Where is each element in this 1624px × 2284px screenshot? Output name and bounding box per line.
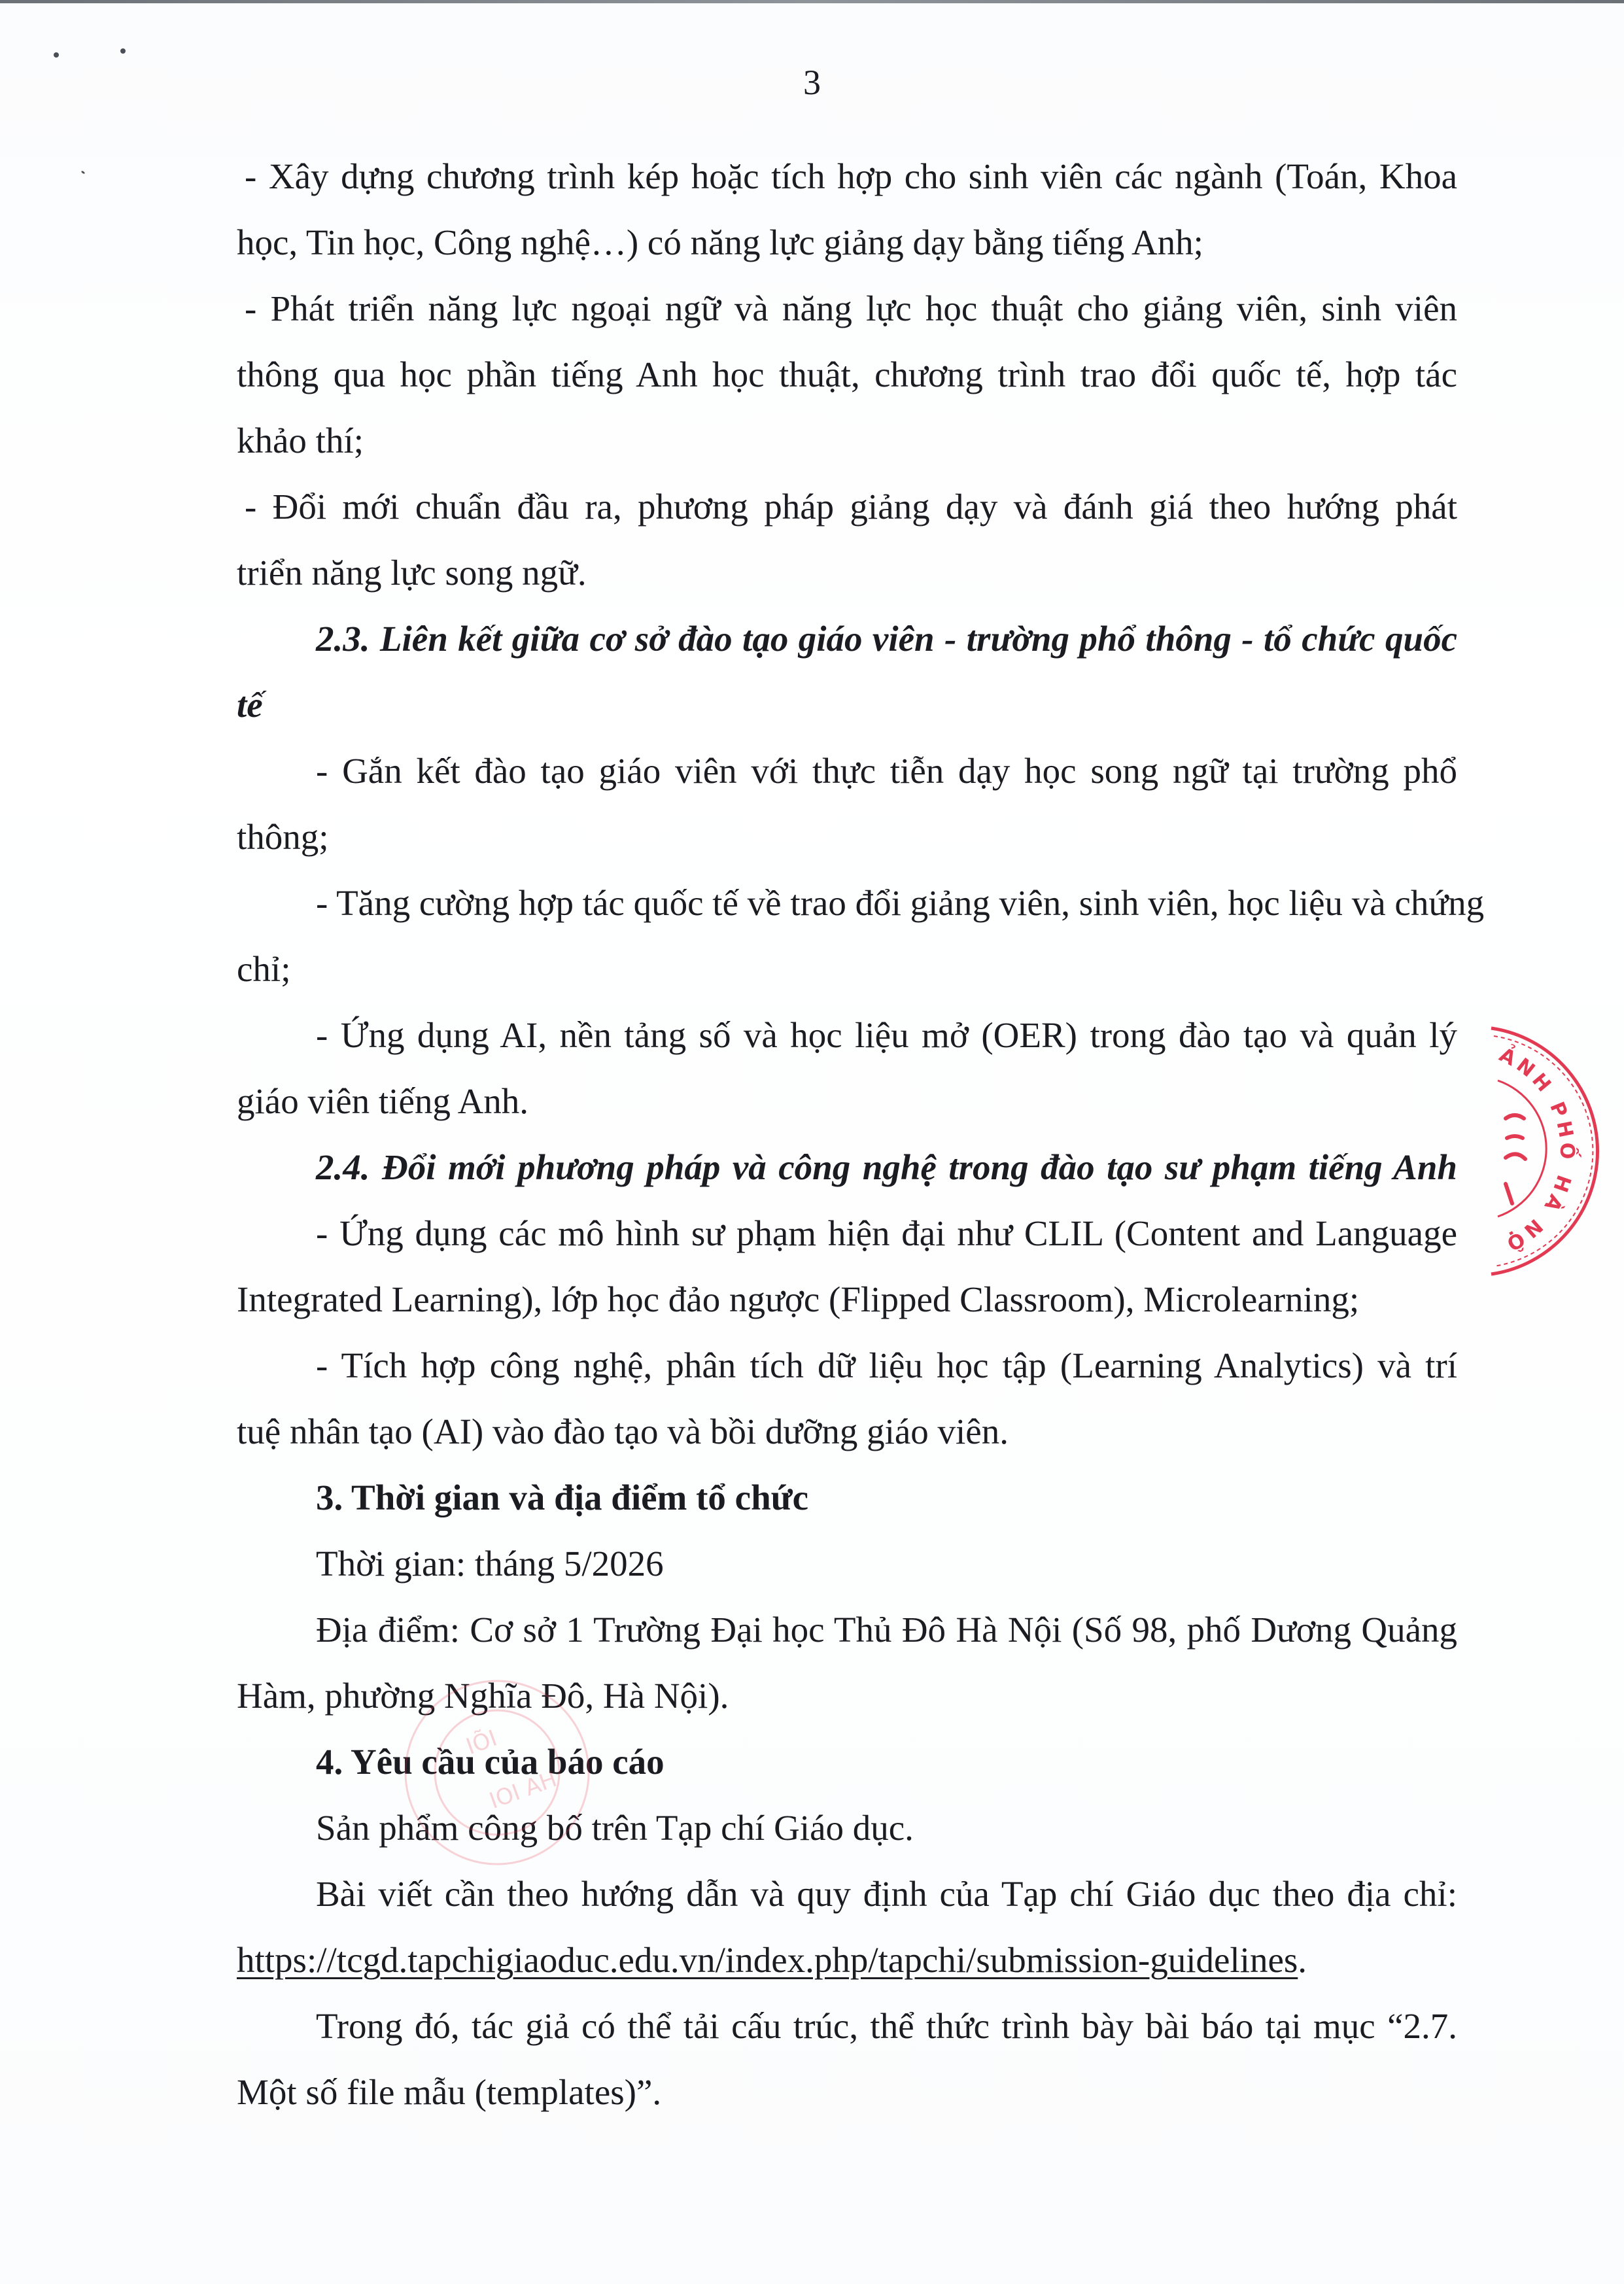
paragraph-line: tuệ nhân tạo (AI) vào đào tạo và bồi dưỡ… — [237, 1407, 1457, 1473]
paragraph-line: Sản phẩm công bố trên Tạp chí Giáo dục. — [237, 1803, 1457, 1869]
paragraph-line: Địa điểm: Cơ sở 1 Trường Đại học Thủ Đô … — [237, 1605, 1457, 1671]
paragraph-line: - Gắn kết đào tạo giáo viên với thực tiễ… — [237, 746, 1457, 812]
paragraph-line: Integrated Learning), lớp học đảo ngược … — [237, 1275, 1457, 1341]
paragraph-line: https://tcgd.tapchigiaoduc.edu.vn/index.… — [237, 1935, 1457, 2001]
scan-speck — [81, 171, 86, 175]
section-heading: 2.4. Đổi mới phương pháp và công nghệ tr… — [237, 1143, 1457, 1209]
paragraph-line: triển năng lực song ngữ. — [237, 548, 1457, 614]
section-heading: 4. Yêu cầu của báo cáo — [237, 1737, 1457, 1803]
paragraph-line: giáo viên tiếng Anh. — [237, 1077, 1457, 1143]
section-heading: 2.3. Liên kết giữa cơ sở đào tạo giáo vi… — [237, 614, 1457, 680]
scan-speck — [120, 48, 126, 54]
paragraph-line: - Tăng cường hợp tác quốc tế về trao đổi… — [237, 878, 1457, 944]
paragraph-line: Thời gian: tháng 5/2026 — [237, 1539, 1457, 1605]
submission-guidelines-link[interactable]: https://tcgd.tapchigiaoduc.edu.vn/index.… — [237, 1940, 1298, 1980]
paragraph-line: - Tích hợp công nghệ, phân tích dữ liệu … — [237, 1341, 1457, 1407]
paragraph-line: - Ứng dụng AI, nền tảng số và học liệu m… — [237, 1011, 1457, 1077]
document-page: 3 - Xây dựng chương trình kép hoặc tích … — [0, 0, 1624, 2284]
paragraph-line: - Ứng dụng các mô hình sư phạm hiện đại … — [237, 1209, 1457, 1275]
paragraph-line: - Xây dựng chương trình kép hoặc tích hợ… — [237, 152, 1457, 218]
scan-speck — [54, 52, 59, 58]
document-body: - Xây dựng chương trình kép hoặc tích hợ… — [237, 152, 1457, 2134]
page-number: 3 — [0, 63, 1624, 102]
paragraph-line: - Phát triển năng lực ngoại ngữ và năng … — [237, 284, 1457, 350]
paragraph-line: Một số file mẫu (templates)”. — [237, 2068, 1457, 2134]
paragraph-line: khảo thí; — [237, 416, 1457, 482]
paragraph-line: Hàm, phường Nghĩa Đô, Hà Nội). — [237, 1671, 1457, 1737]
paragraph-line: chỉ; — [237, 944, 1457, 1011]
link-suffix: . — [1298, 1940, 1307, 1980]
section-heading: 3. Thời gian và địa điểm tổ chức — [237, 1473, 1457, 1539]
paragraph-line: thông; — [237, 812, 1457, 878]
section-heading: tế — [237, 680, 1457, 746]
paragraph-line: Bài viết cần theo hướng dẫn và quy định … — [237, 1869, 1457, 1935]
paragraph-line: Trong đó, tác giả có thể tải cấu trúc, t… — [237, 2001, 1457, 2068]
scan-top-edge — [0, 0, 1624, 3]
paragraph-line: thông qua học phần tiếng Anh học thuật, … — [237, 350, 1457, 416]
paragraph-line: học, Tin học, Công nghệ…) có năng lực gi… — [237, 218, 1457, 284]
paragraph-line: - Đổi mới chuẩn đầu ra, phương pháp giản… — [237, 482, 1457, 548]
